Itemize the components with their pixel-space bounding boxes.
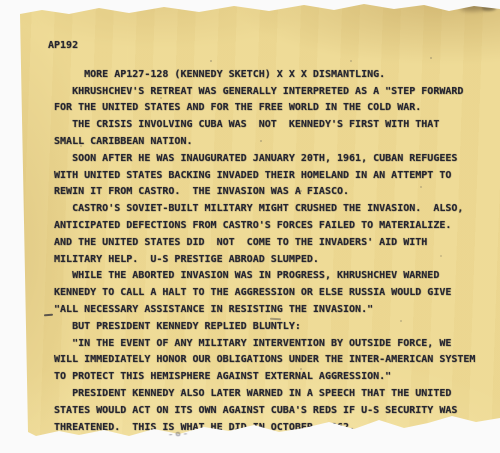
ink-smudge-top-right <box>460 0 497 13</box>
document-line: FOR THE UNITED STATES AND FOR THE FREE W… <box>48 100 475 117</box>
document-line: BUT PRESIDENT KENNEDY REPLIED BLUNTLY: <box>48 319 475 336</box>
document-line: CASTRO'S SOVIET-BUILT MILITARY MIGHT CRU… <box>48 201 475 218</box>
document-line: WITH UNITED STATES BACKING INVADED THEIR… <box>48 168 475 185</box>
end-mark: -0- <box>168 431 191 439</box>
document-line: THREATENED. THIS IS WHAT HE DID IN OCTOB… <box>48 420 475 437</box>
document-text: AP192 MORE AP127-128 (KENNEDY SKETCH) X … <box>48 38 475 436</box>
document-line: PRESIDENT KENNEDY ALSO LATER WARNED IN A… <box>48 386 475 403</box>
document-line: TO PROTECT THIS HEMISPHERE AGAINST EXTER… <box>48 369 475 386</box>
document-line: KENNEDY TO CALL A HALT TO THE AGGRESSION… <box>48 285 475 302</box>
document-line: AND THE UNITED STATES DID NOT COME TO TH… <box>48 235 475 252</box>
document-line: "IN THE EVENT OF ANY MILITARY INTERVENTI… <box>48 336 475 353</box>
document-line: WILL IMMEDIATELY HONOR OUR OBLIGATIONS U… <box>48 352 475 369</box>
document-line: SMALL CARIBBEAN NATION. <box>48 134 475 151</box>
ink-smudge-top-right-dark <box>482 6 496 11</box>
document-line: "ALL NECESSARY ASSISTANCE IN RESISTING T… <box>48 302 475 319</box>
document-line: MORE AP127-128 (KENNEDY SKETCH) X X X DI… <box>48 67 475 84</box>
document-line: REWIN IT FROM CASTRO. THE INVASION WAS A… <box>48 184 475 201</box>
telegram-paper: AP192 MORE AP127-128 (KENNEDY SKETCH) X … <box>14 2 500 448</box>
document-line: KHRUSHCHEV'S RETREAT WAS GENERALLY INTER… <box>48 84 475 101</box>
document-line <box>48 55 475 67</box>
document-line: ANTICIPATED DEFECTIONS FROM CASTRO'S FOR… <box>48 218 475 235</box>
scan-background: AP192 MORE AP127-128 (KENNEDY SKETCH) X … <box>0 0 500 453</box>
document-line: MILITARY HELP. U-S PRESTIGE ABROAD SLUMP… <box>48 252 475 269</box>
document-line: SOON AFTER HE WAS INAUGURATED JANUARY 20… <box>48 151 475 168</box>
document-line: AP192 <box>48 38 475 55</box>
document-line: WHILE THE ABORTED INVASION WAS IN PROGRE… <box>48 268 475 285</box>
ink-speckles <box>14 2 16 4</box>
document-line: THE CRISIS INVOLVING CUBA WAS NOT KENNED… <box>48 117 475 134</box>
document-line: STATES WOULD ACT ON ITS OWN AGAINST CUBA… <box>48 403 475 420</box>
